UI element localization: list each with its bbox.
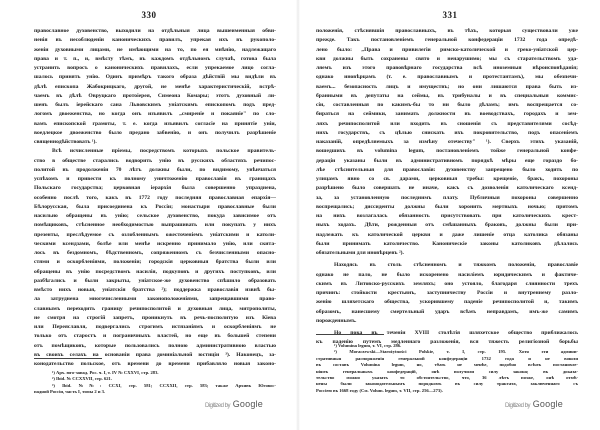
text-line: логомъ двоеженства, но когда онъ изъявил… bbox=[34, 110, 276, 119]
google-watermark: Digitized by Google bbox=[205, 399, 263, 409]
text-line: прежде. Такъ постановленіемъ генеральной… bbox=[316, 36, 578, 45]
text-line: отъ помѣщиковъ, которые пользовались пол… bbox=[34, 342, 276, 351]
google-watermark: Digitized by Google bbox=[505, 399, 563, 409]
body-text: православное духовенство, выходили на от… bbox=[34, 27, 276, 369]
text-line: лено было: „Права и привилегіи римско-ка… bbox=[316, 46, 578, 55]
text-line: ненія въ несоблюденіи каноническихъ прав… bbox=[34, 36, 276, 45]
text-line: наказаній, опредѣляемыхъ за измѣну отече… bbox=[316, 138, 578, 147]
text-line: за, за установленную последнимъ плату. П… bbox=[316, 194, 578, 203]
footnote: въ составъ Volumina legum, но, тѣмъ не м… bbox=[316, 362, 578, 368]
watermark-brand: Google bbox=[533, 399, 563, 409]
watermark-brand: Google bbox=[233, 399, 263, 409]
text-line: лось въ бездомномъ, бѣдственномъ, сопряж… bbox=[34, 249, 276, 258]
body-text: положенія, стѣснявшія православныхъ, въ … bbox=[316, 27, 578, 348]
text-line: чаемъ въ дѣлѣ Овруцкаго протоіерея, Симе… bbox=[34, 92, 276, 101]
text-line: бираться на сеймики, занимать должности … bbox=[316, 110, 578, 119]
footnotes: ¹) Арх. юго-запад. Рос. ч. I, т. IV № CX… bbox=[34, 370, 276, 396]
right-page: 331 положенія, стѣснявшія православныхъ,… bbox=[300, 0, 600, 430]
text-line: ла затруднена многочисленными законополо… bbox=[34, 295, 276, 304]
text-line: священнодѣйствовать ¹). bbox=[34, 138, 276, 147]
text-line: славнымъ переходить границу речипосполит… bbox=[34, 305, 276, 314]
footnote: нены были законодательнымъ порядкомъ въ … bbox=[316, 381, 578, 387]
text-line: положенія, стѣснявшія православныхъ, въ … bbox=[316, 27, 578, 36]
footnotes: ¹) Volumina legum, т. VI, стр. 286. ²) M… bbox=[316, 343, 578, 394]
text-line: однако не пало, не было искоренено насил… bbox=[316, 271, 578, 280]
text-line: ческими ксендзами, болѣе или менѣе искре… bbox=[34, 240, 276, 249]
text-line: однако иновѣрцамъ (т. е. православнымъ и… bbox=[316, 73, 578, 82]
page-number: 331 bbox=[300, 10, 600, 20]
text-line: разрѣшено было совершать не иначе, какъ … bbox=[316, 184, 578, 193]
footnote-divider bbox=[34, 358, 102, 359]
text-line: права и т. п., и, вмѣсту тѣмъ, въ каждом… bbox=[34, 55, 276, 64]
text-line: скимъ въ Литовско-русскихъ земляхъ; оно … bbox=[316, 280, 578, 289]
text-line: порожденнымъ. bbox=[316, 317, 578, 326]
text-line: обязательными для иновѣрцевъ ²). bbox=[316, 249, 578, 258]
watermark-prefix: Digitized by bbox=[205, 403, 230, 409]
text-line: помѣщиковъ, стѣсненное необходимостью вы… bbox=[34, 221, 276, 230]
footnote: ²) Moraczewski—Starożytności Polskie, т.… bbox=[316, 349, 578, 355]
footnote: Россіею въ 1668 году (См. Volum. legum, … bbox=[316, 388, 578, 394]
text-line: стями и оскорбленіями, положеніи; городс… bbox=[34, 258, 276, 267]
text-line: ляемъ изъ этого правовѣрнаго государства… bbox=[316, 64, 578, 73]
text-line: конодательство польское, отъ времени до … bbox=[34, 360, 276, 369]
text-line: Бѣлорусская, была присоединена къ Россіи… bbox=[34, 203, 276, 212]
text-line: воедлецкое двоеженство было предано забв… bbox=[34, 129, 276, 138]
watermark-prefix: Digitized by bbox=[505, 403, 530, 409]
text-line: Всѣ исчисленные пріемы, посредствомъ кот… bbox=[34, 147, 276, 156]
text-line: улицамъ явно со св. дарами, церковныя тр… bbox=[316, 175, 578, 184]
text-line: шалось принять унію. Одинъ примѣръ таког… bbox=[34, 73, 276, 82]
text-line: лѣе стѣснительныя для православія: духов… bbox=[316, 166, 578, 175]
text-line: устранить вопросъ о каноническихъ правил… bbox=[34, 64, 276, 73]
footnote: падной Россіи, часть I, томы 2 и 3. bbox=[34, 389, 276, 395]
text-line: ляхъ речипосполитой или входить въ сноше… bbox=[316, 120, 578, 129]
text-line: Польскаго государства; церковная іерархі… bbox=[34, 184, 276, 193]
text-line: бранными въ депутаты на сеймы, въ трибун… bbox=[316, 92, 578, 101]
left-page: 330 православное духовенство, выходили н… bbox=[0, 0, 298, 430]
text-line: успѣхомъ и привести къ полному уничтожен… bbox=[34, 175, 276, 184]
text-line: шенъ былъ іерейскаго сана Львовскимъ уні… bbox=[34, 101, 276, 110]
text-line: женіи духовными лицами, не имѣющими на т… bbox=[34, 46, 276, 55]
text-line: вошедшихъ въ volumina legum, постановлен… bbox=[316, 147, 578, 156]
text-line: на нихъ возлагалась обязанность присутст… bbox=[316, 212, 578, 221]
text-line: вамъ епископской грамоты, т. е. когда из… bbox=[34, 120, 276, 129]
text-line: ство в обществе старались водворить унію… bbox=[34, 157, 276, 166]
text-line: ныхъ ходахъ. Дѣти, рожденныя отъ смѣшанн… bbox=[316, 221, 578, 230]
text-line: особенно послѣ того, какъ въ 1772 году п… bbox=[34, 194, 276, 203]
page-number: 330 bbox=[0, 10, 298, 20]
text-line: обращены въ унію посредствомъ насилія, п… bbox=[34, 268, 276, 277]
text-line: православное духовенство, выходили на от… bbox=[34, 27, 276, 36]
text-line: причинъ: стойкости крестьянъ, заступниче… bbox=[316, 289, 578, 298]
text-line: дѣлѣ епископа Жабокрицкаго, другой, не м… bbox=[34, 83, 276, 92]
text-line: воспрещались; диссиденты должны были хор… bbox=[316, 203, 578, 212]
text-line: женію шляхетскаго общества, ускорившему … bbox=[316, 298, 578, 307]
text-line: нихъ государствъ, съ цѣлью снискать ихъ … bbox=[316, 129, 578, 138]
text-line: ваемъ... безопасность лицъ и имуществъ; … bbox=[316, 83, 578, 92]
text-line: образомъ, нанесшему смертельный ударъ вс… bbox=[316, 308, 578, 317]
text-line: презенты, преслѣдуемое съ озлобленнымъ о… bbox=[34, 231, 276, 240]
text-line: политой въ продолженіи 70 лѣтъ должны бы… bbox=[34, 166, 276, 175]
text-line: разбѣгались и были закрыты, уніатское-же… bbox=[34, 277, 276, 286]
text-line: Находясь въ столь стѣсненномъ и тяжкомъ … bbox=[316, 261, 578, 270]
text-line: дераціи указаны были въ административном… bbox=[316, 157, 578, 166]
text-line: не смотря на строгій запретъ, проникнуть… bbox=[34, 314, 276, 323]
text-line: сіи, составленныя по какимъ-бы то ни был… bbox=[316, 101, 578, 110]
text-line: были принимать католичество. Каноническі… bbox=[316, 240, 578, 249]
footnote-divider bbox=[316, 334, 384, 335]
text-line: или Переяславля, подвергались строгимъ и… bbox=[34, 323, 276, 332]
text-line: кви должны быть сохранены свято и ненару… bbox=[316, 55, 578, 64]
text-line: насильно обращены въ унію; сельское духо… bbox=[34, 212, 276, 221]
text-line: только отъ старостъ и пограничныхъ власт… bbox=[34, 332, 276, 341]
text-line: вмѣсто нихъ новыя, уніатскія братства ²)… bbox=[34, 286, 276, 295]
text-line: надлежать къ католической церкви и даже … bbox=[316, 231, 578, 240]
